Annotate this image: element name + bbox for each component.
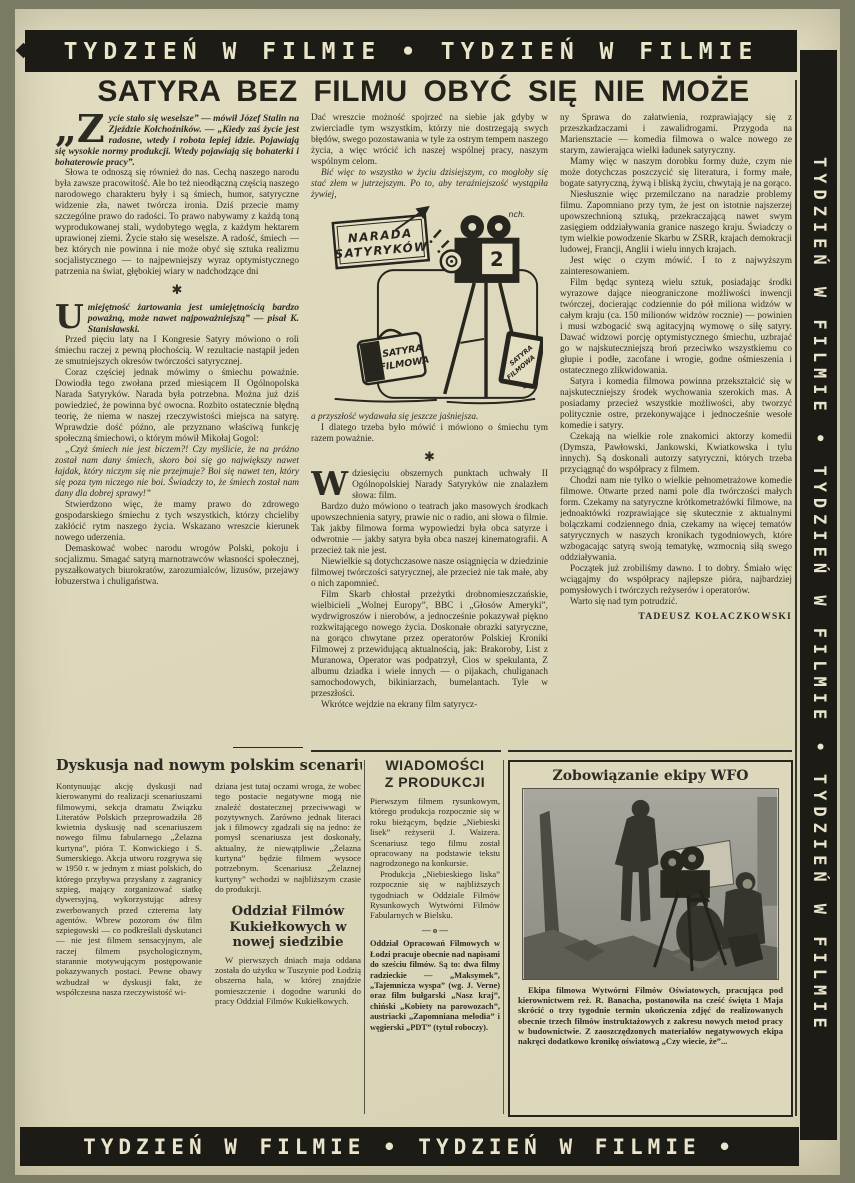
paragraph: Jest więc o czym mówić. I to z najwyższy…: [560, 256, 792, 278]
paragraph: Pierwszym filmem rysunkowym, którego pro…: [370, 796, 500, 869]
column-divider: [364, 760, 365, 1114]
paragraph: Przed pięciu laty na I Kongresie Satyry …: [55, 335, 299, 368]
paragraph: Wkrótce wejdzie na ekrany film satyrycz-: [311, 700, 548, 711]
paragraph: W pierwszych dniach maja oddana została …: [215, 955, 361, 1006]
gogol-quote: „Czyż śmiech nie jest biczem?! Czy myśli…: [55, 445, 299, 500]
paragraph-text: dziesięciu obszernych punktach uchwały I…: [352, 469, 548, 501]
title-line1: WIADOMOŚCI: [385, 757, 484, 773]
dyskusja-columns: Kontynuując akcję dyskusji nad kierowany…: [56, 781, 362, 1006]
quote-paragraph: Umiejętność żartowania jest umiejętności…: [55, 302, 299, 335]
exclamation-marks: [429, 230, 448, 253]
paragraph: Demaskować wobec narodu wrogów Polski, p…: [55, 544, 299, 588]
paragraph: Film będąc syntezą wielu sztuk, posiadaj…: [560, 278, 792, 377]
film-crew-photo: [523, 789, 778, 979]
paragraph: Satyra i komedia filmowa powinna przeksz…: [560, 377, 792, 432]
paragraph: dziana jest tutaj oczami wroga, że wobec…: [215, 781, 361, 894]
paragraph: Kontynuując akcję dyskusji nad kierowany…: [56, 781, 202, 997]
ground-line-left: [334, 399, 436, 402]
banner-top: TYDZIEŃ W FILMIE • TYDZIEŃ W FILMIE: [25, 30, 797, 72]
section-separator: — o —: [370, 925, 500, 935]
title-line2: Z PRODUKCJI: [385, 774, 485, 790]
camera-number: 2: [489, 248, 503, 271]
paragraph: Film Skarb chłostał przeżytki drobnomies…: [311, 590, 548, 700]
paragraph: Słowa te odnoszą się również do nas. Cec…: [55, 168, 299, 278]
star-separator: ✱: [311, 449, 548, 465]
narada-sign: NARADA SATYRYKÓW: [331, 215, 429, 268]
paragraph: I dlatego trzeba było mówić i mówiono o …: [311, 423, 548, 445]
divider: [508, 750, 792, 752]
section-wfo-box: Zobowiązanie ekipy WFO: [508, 760, 793, 1117]
section-dyskusja: Dyskusja nad nowym polskim scenariuszem …: [56, 757, 362, 1121]
photo-camera: [660, 846, 709, 897]
suitcase-left: SATYRA FILMOWA: [356, 325, 431, 385]
banner-right-vertical: TYDZIEŃ W FILMIE • TYDZIEŃ W FILMIE • TY…: [800, 50, 837, 1140]
photo-caption: Ekipa filmowa Wytwórni Filmów Oświatowyc…: [518, 985, 783, 1046]
dropcap-z: „Ż: [55, 113, 109, 144]
paragraph: Chodzi nam nie tylko o wielkie pełnometr…: [560, 476, 792, 564]
suitcase-right: SATYRA FILMOWA: [497, 330, 542, 389]
dropcap-u: U: [55, 302, 88, 330]
section-title-dyskusja: Dyskusja nad nowym polskim scenariuszem: [56, 757, 362, 774]
author-byline: TADEUSZ KOŁACZKOWSKI: [560, 611, 792, 622]
quote-text: miejętność żartowania jest umiejętnością…: [88, 302, 299, 335]
paragraph: Bardzo dużo mówiono o teatrach jako maso…: [311, 502, 548, 557]
article-column-2: Dać wreszcie możność spojrzeć na siebie …: [311, 113, 548, 755]
article-column-1: „Życie stało się weselsze” — mówił Józef…: [55, 113, 299, 755]
paragraph: Niewielkie są dotychczasowe nasze osiągn…: [311, 557, 548, 590]
cartoon-signature: nch.: [508, 210, 525, 219]
paragraph: Czekają na wielkie role znakomici aktorz…: [560, 432, 792, 476]
paragraph: Oddział Opracowań Filmowych w Łodzi prac…: [370, 939, 500, 1033]
headline: SATYRA BEZ FILMU OBYĆ SIĘ NIE MOŻE: [55, 75, 792, 109]
paragraph: Bić więc to wszystko w życiu dzisiejszym…: [311, 168, 548, 201]
right-column-rule: [795, 80, 797, 1116]
dyskusja-column-a: Kontynuując akcję dyskusji nad kierowany…: [56, 781, 202, 1006]
satire-cartoon: nch. NARADA SATYRYKÓW 2: [317, 205, 543, 410]
lead-paragraph: „Życie stało się weselsze” — mówił Józef…: [55, 113, 299, 168]
paragraph: Stwierdzono więc, że mamy prawo do zdrow…: [55, 500, 299, 544]
paragraph: Niesłusznie więc przemilczano na naradzi…: [560, 190, 792, 256]
paragraph: Warto się nad tym potrudzić.: [560, 597, 792, 608]
divider: [311, 750, 501, 752]
paragraph: Wdziesięciu obszernych punktach uchwały …: [311, 469, 548, 502]
section-wiadomosci: WIADOMOŚCIZ PRODUKCJI Pierwszym filmem r…: [370, 757, 500, 1121]
divider: [233, 747, 303, 748]
section-title-kukielki: Oddział Filmów Kukiełkowych w nowej sied…: [217, 904, 359, 951]
dropcap-w: W: [311, 469, 352, 497]
section-title-wiadomosci: WIADOMOŚCIZ PRODUKCJI: [370, 757, 500, 790]
column-divider: [503, 760, 504, 1114]
paragraph: Początek już zrobiliśmy dawno. I to dobr…: [560, 564, 792, 597]
cartoon-caption: a przyszłość wydawała się jeszcze jaśnie…: [311, 412, 548, 423]
article-body: „Życie stało się weselsze” — mówił Józef…: [55, 113, 792, 755]
ground-line-right: [446, 399, 534, 403]
paragraph: Coraz częściej jednak mówimy o śmiechu p…: [55, 368, 299, 445]
paragraph: ny Sprawa do załatwienia, rozprawiający …: [560, 113, 792, 157]
star-separator: ✱: [55, 282, 299, 298]
banner-bottom: TYDZIEŃ W FILMIE • TYDZIEŃ W FILMIE •: [20, 1127, 799, 1166]
paragraph: Produkcja „Niebieskiego liska” rozpoczni…: [370, 869, 500, 921]
paragraph: Mamy więc w naszym dorobku formy duże, c…: [560, 157, 792, 190]
section-title-wfo: Zobowiązanie ekipy WFO: [518, 768, 783, 784]
paragraph: Dać wreszcie możność spojrzeć na siebie …: [311, 113, 548, 168]
film-camera: 2: [440, 215, 519, 283]
dyskusja-column-b: dziana jest tutaj oczami wroga, że wobec…: [215, 781, 361, 1006]
article-column-3: ny Sprawa do załatwienia, rozprawiający …: [560, 113, 792, 755]
photo-building-edge: [757, 797, 777, 906]
